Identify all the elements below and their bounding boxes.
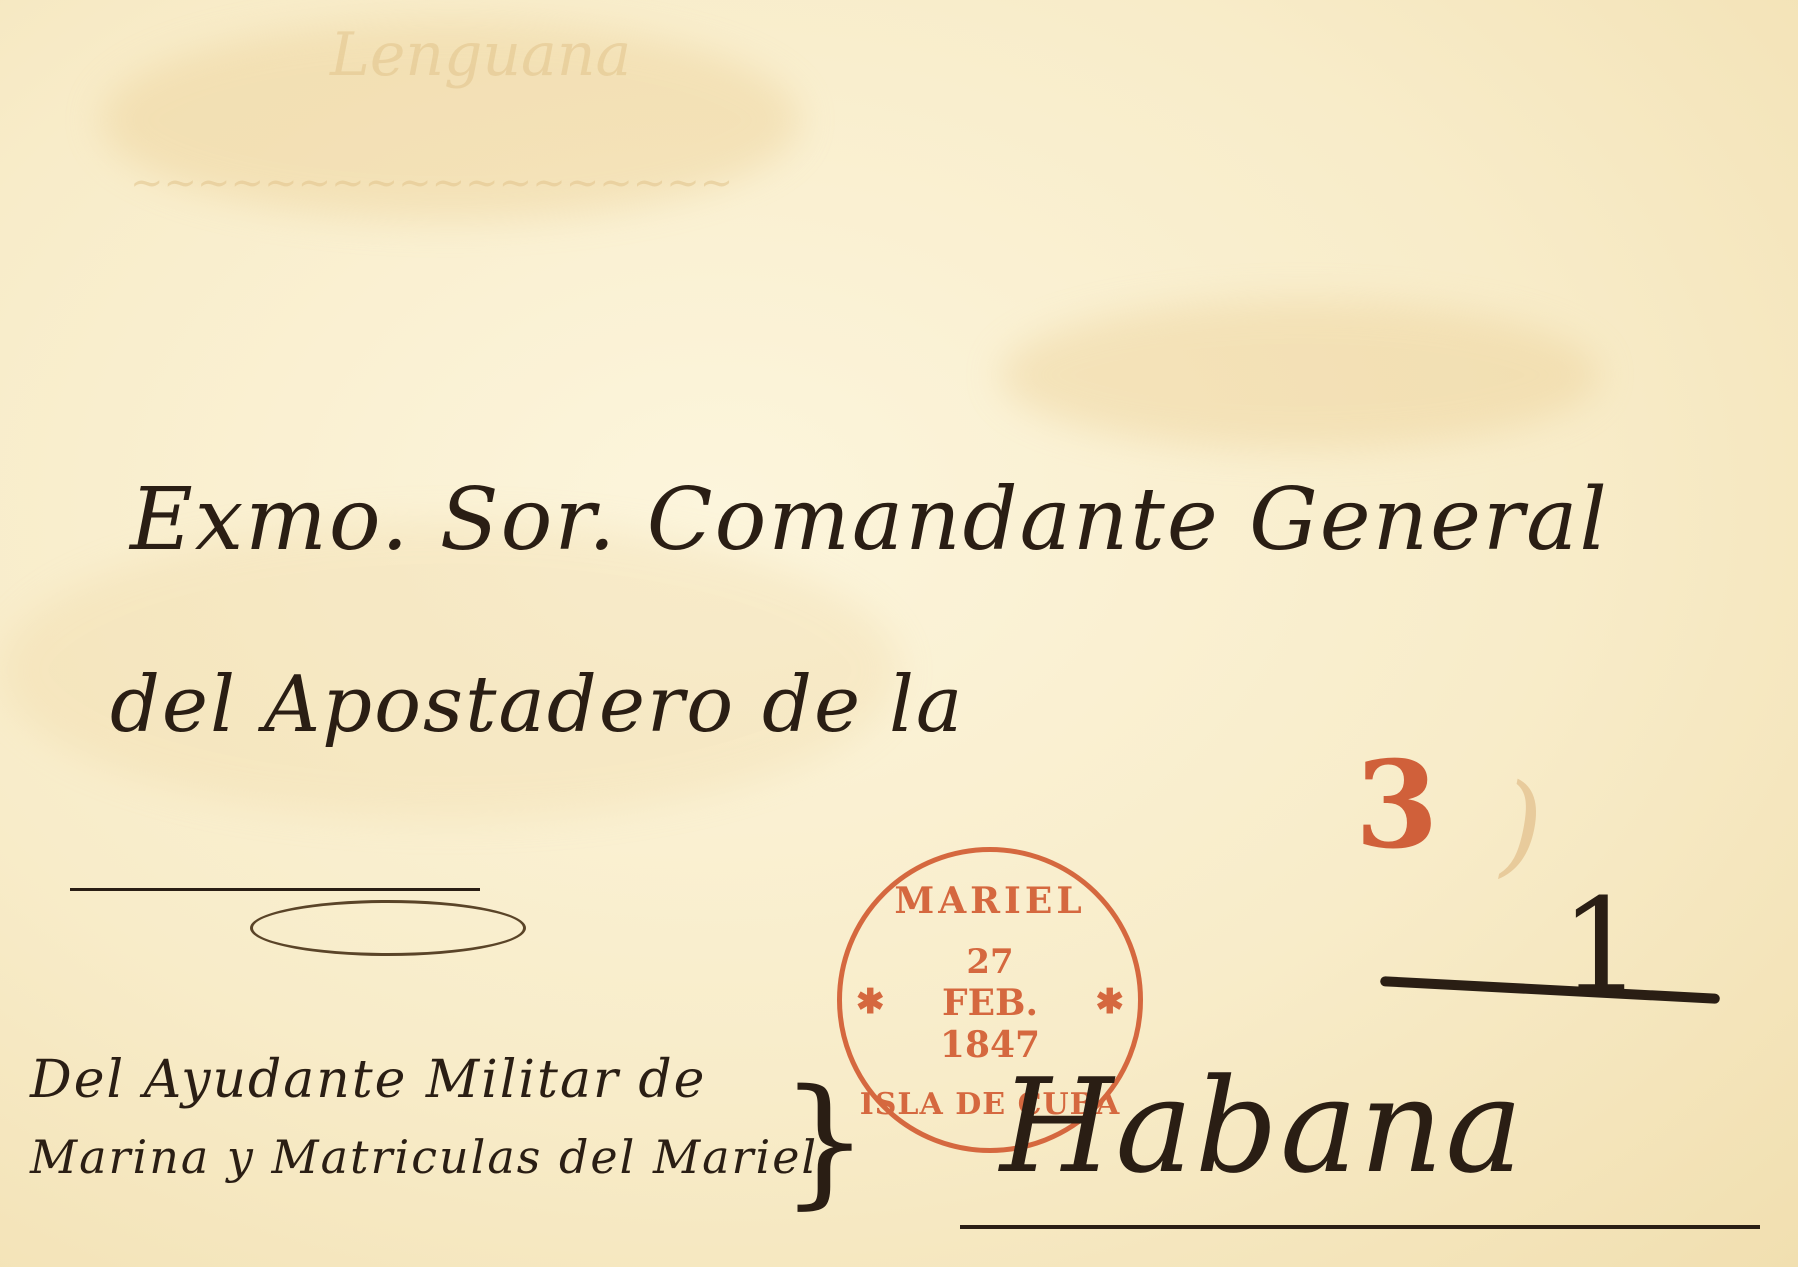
address-city: Habana xyxy=(1000,1050,1525,1202)
postmark-day: 27 xyxy=(842,942,1138,982)
bracket-mark: ) xyxy=(1500,760,1543,888)
sender-brace: } xyxy=(780,1060,871,1223)
flourish-line xyxy=(70,888,480,891)
rate-handstamp: 3 xyxy=(1355,735,1439,876)
manuscript-rate: 1 xyxy=(1560,870,1645,1022)
flourish-oval xyxy=(250,900,526,956)
postmark-ornament-right: ✱ xyxy=(1096,982,1125,1022)
manuscript-rate-stroke xyxy=(1380,976,1720,1004)
postmark-month: FEB. xyxy=(842,982,1138,1024)
bleed-through-flourish: ~~~~~~~~~~~~~~~~~~ xyxy=(130,160,733,206)
postmark-town: MARIEL xyxy=(842,880,1138,922)
sender-line-2: Marina y Matriculas del Mariel xyxy=(30,1130,818,1184)
sender-line-1: Del Ayudante Militar de xyxy=(30,1050,706,1110)
address-line-1: Exmo. Sor. Comandante General xyxy=(130,470,1609,570)
postmark-ornament-left: ✱ xyxy=(856,982,885,1022)
city-underline xyxy=(960,1225,1760,1229)
bleed-through-text: Lenguana xyxy=(330,20,631,90)
address-line-2: del Apostadero de la xyxy=(110,660,964,750)
